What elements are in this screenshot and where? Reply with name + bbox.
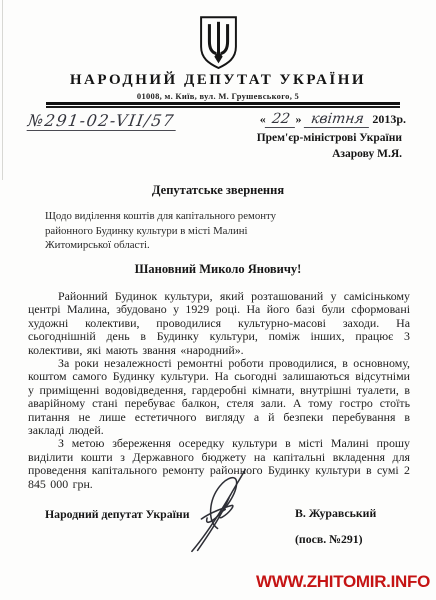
letterhead-address: 01008, м. Київ, вул. М. Грушевського, 5 xyxy=(0,91,436,101)
letterhead-divider-rule xyxy=(46,102,400,106)
ukraine-trident-emblem-icon xyxy=(195,15,242,76)
body-paragraph: За роки незалежності ремонтні роботи про… xyxy=(28,357,410,437)
subject-summary-line: районного Будинку культури в місті Малин… xyxy=(45,224,295,239)
recipient-name: Азарову М.Я. xyxy=(257,147,402,163)
date-month-handwritten: квітня xyxy=(303,111,370,128)
letterhead-emblem xyxy=(0,15,436,76)
recipient-title: Прем'єр-міністрові України xyxy=(257,131,402,147)
subject-summary-line: Житомирської області. xyxy=(45,238,295,253)
handwritten-signature-icon xyxy=(186,458,272,563)
reference-number-handwritten: №291-02-VII/57 xyxy=(27,111,178,131)
signatory-block: В. Журавський (посв. №291) xyxy=(295,506,376,547)
subject-summary-line: Щодо виділення коштів для капітального р… xyxy=(45,209,295,224)
subject-summary: Щодо виділення коштів для капітального р… xyxy=(45,209,295,253)
date-line: «22» квітня 2013р. xyxy=(260,111,406,128)
reference-row: №291-02-VII/57 «22» квітня 2013р. xyxy=(28,111,406,131)
reference-number: №291-02-VII/57 xyxy=(28,111,177,131)
recipient-block: Прем'єр-міністрові України Азарову М.Я. xyxy=(257,131,402,162)
salutation: Шановний Миколо Яновичу! xyxy=(0,262,436,277)
signatory-credential: (посв. №291) xyxy=(295,532,376,547)
site-watermark: WWW.ZHITOMIR.INFO xyxy=(256,572,430,592)
scanned-letter-page: НАРОДНИЙ ДЕПУТАТ УКРАЇНИ 01008, м. Київ,… xyxy=(0,0,436,600)
signatory-position-title: Народний депутат України xyxy=(45,507,190,522)
document-type-heading: Депутатське звернення xyxy=(0,183,436,198)
date-day-handwritten: 22 xyxy=(265,111,297,128)
signatory-name: В. Журавський xyxy=(295,506,376,521)
letterhead-title: НАРОДНИЙ ДЕПУТАТ УКРАЇНИ xyxy=(0,72,436,89)
date-year: 2013р. xyxy=(372,112,406,126)
body-paragraph: Районний Будинок культури, який розташов… xyxy=(28,290,410,357)
